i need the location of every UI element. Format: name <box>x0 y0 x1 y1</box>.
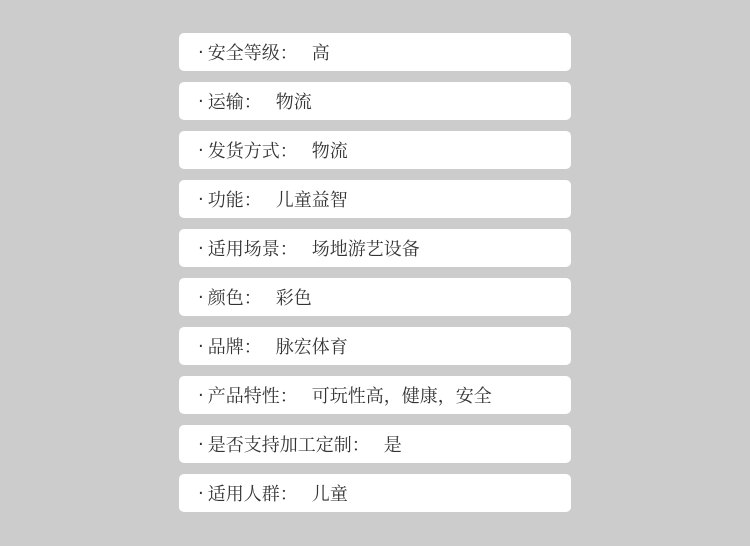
attribute-row-function: · 功能 ： 儿童益智 <box>179 180 571 218</box>
bullet: · <box>198 287 204 308</box>
attribute-row-customization: · 是否支持加工定制 ： 是 <box>179 425 571 463</box>
attribute-value: 脉宏体育 <box>276 333 348 359</box>
attribute-label: 品牌 <box>208 333 244 359</box>
attribute-value: 高 <box>312 39 330 65</box>
separator: ： <box>244 186 262 212</box>
bullet: · <box>198 42 204 63</box>
separator: ： <box>352 431 370 457</box>
bullet: · <box>198 336 204 357</box>
attribute-row-brand: · 品牌 ： 脉宏体育 <box>179 327 571 365</box>
attribute-value: 儿童 <box>312 480 348 506</box>
bullet: · <box>198 189 204 210</box>
separator: ： <box>244 333 262 359</box>
bullet: · <box>198 238 204 259</box>
attribute-value: 场地游艺设备 <box>312 235 420 261</box>
separator: ： <box>244 88 262 114</box>
attribute-label: 是否支持加工定制 <box>208 431 352 457</box>
separator: ： <box>280 137 298 163</box>
attribute-value: 物流 <box>276 88 312 114</box>
attribute-list: · 安全等级 ： 高 · 运输 ： 物流 · 发货方式 ： 物流 · 功能 ： … <box>179 33 571 523</box>
separator: ： <box>280 480 298 506</box>
attribute-row-color: · 颜色 ： 彩色 <box>179 278 571 316</box>
bullet: · <box>198 91 204 112</box>
attribute-row-features: · 产品特性 ： 可玩性高，健康，安全 <box>179 376 571 414</box>
attribute-label: 运输 <box>208 88 244 114</box>
bullet: · <box>198 434 204 455</box>
attribute-row-scenario: · 适用场景 ： 场地游艺设备 <box>179 229 571 267</box>
attribute-value: 可玩性高，健康，安全 <box>312 382 492 408</box>
attribute-value: 儿童益智 <box>276 186 348 212</box>
attribute-row-audience: · 适用人群 ： 儿童 <box>179 474 571 512</box>
attribute-row-shipping-method: · 发货方式 ： 物流 <box>179 131 571 169</box>
attribute-label: 发货方式 <box>208 137 280 163</box>
attribute-label: 颜色 <box>208 284 244 310</box>
separator: ： <box>244 284 262 310</box>
attribute-value: 彩色 <box>276 284 312 310</box>
attribute-label: 产品特性 <box>208 382 280 408</box>
bullet: · <box>198 140 204 161</box>
attribute-label: 适用场景 <box>208 235 280 261</box>
attribute-row-transport: · 运输 ： 物流 <box>179 82 571 120</box>
attribute-value: 是 <box>384 431 402 457</box>
separator: ： <box>280 382 298 408</box>
attribute-label: 适用人群 <box>208 480 280 506</box>
attribute-label: 安全等级 <box>208 39 280 65</box>
attribute-value: 物流 <box>312 137 348 163</box>
separator: ： <box>280 39 298 65</box>
attribute-label: 功能 <box>208 186 244 212</box>
separator: ： <box>280 235 298 261</box>
bullet: · <box>198 483 204 504</box>
attribute-row-safety-level: · 安全等级 ： 高 <box>179 33 571 71</box>
bullet: · <box>198 385 204 406</box>
